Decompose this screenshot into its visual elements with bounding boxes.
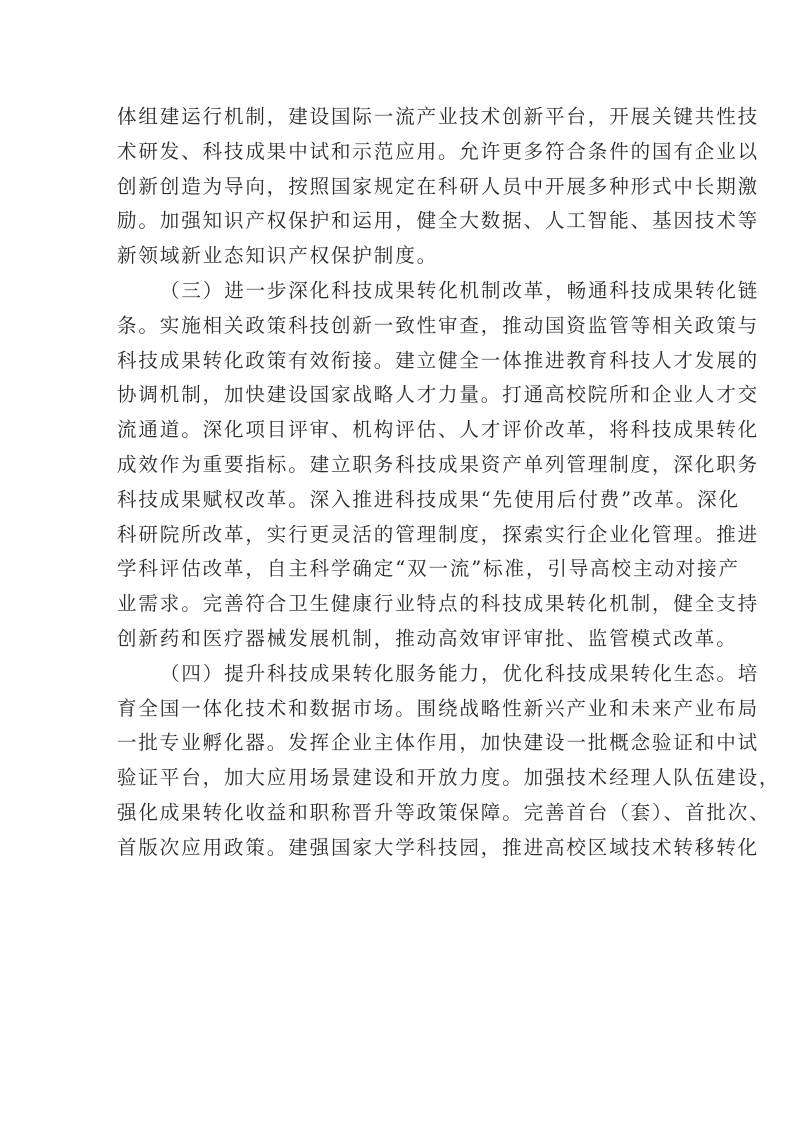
text-line: 体组建运行机制，建设国际一流产业技术创新平台，开展关键共性技 [117, 100, 677, 135]
text-line: 协调机制，加快建设国家战略人才力量。打通高校院所和企业人才交 [117, 378, 677, 413]
text-line: 术研发、科技成果中试和示范应用。允许更多符合条件的国有企业以 [117, 135, 677, 170]
text-line: 育全国一体化技术和数据市场。围绕战略性新兴产业和未来产业布局 [117, 692, 677, 727]
text-line: 创新创造为导向，按照国家规定在科研人员中开展多种形式中长期激 [117, 170, 677, 205]
text-line: 新领域新业态知识产权保护制度。 [117, 239, 677, 274]
text-line: 科研院所改革，实行更灵活的管理制度，探索实行企业化管理。推进 [117, 518, 677, 553]
paragraph-continued: 体组建运行机制，建设国际一流产业技术创新平台，开展关键共性技 术研发、科技成果中… [117, 100, 677, 274]
text-line: 科技成果转化政策有效衔接。建立健全一体推进教育科技人才发展的 [117, 344, 677, 379]
text-line: 首版次应用政策。建强国家大学科技园，推进高校区域技术转移转化 [117, 831, 677, 866]
text-line: 学科评估改革，自主科学确定“双一流”标准，引导高校主动对接产 [117, 552, 677, 587]
text-line: 流通道。深化项目评审、机构评估、人才评价改革，将科技成果转化 [117, 413, 677, 448]
paragraph-section-3: （三）进一步深化科技成果转化机制改革，畅通科技成果转化链 条。实施相关政策科技创… [117, 274, 677, 657]
text-line: 强化成果转化收益和职称晋升等政策保障。完善首台（套）、首批次、 [117, 796, 677, 831]
text-line: 成效作为重要指标。建立职务科技成果资产单列管理制度，深化职务 [117, 448, 677, 483]
text-line: 一批专业孵化器。发挥企业主体作用，加快建设一批概念验证和中试 [117, 726, 677, 761]
section-heading-line: （三）进一步深化科技成果转化机制改革，畅通科技成果转化链 [117, 274, 677, 309]
text-line: 业需求。完善符合卫生健康行业特点的科技成果转化机制，健全支持 [117, 587, 677, 622]
text-line: 验证平台，加大应用场景建设和开放力度。加强技术经理人队伍建设， [117, 761, 677, 796]
text-line: 条。实施相关政策科技创新一致性审查，推动国资监管等相关政策与 [117, 309, 677, 344]
section-heading-line: （四）提升科技成果转化服务能力，优化科技成果转化生态。培 [117, 657, 677, 692]
paragraph-section-4: （四）提升科技成果转化服务能力，优化科技成果转化生态。培 育全国一体化技术和数据… [117, 657, 677, 866]
document-page: 体组建运行机制，建设国际一流产业技术创新平台，开展关键共性技 术研发、科技成果中… [0, 0, 793, 1122]
body-text: 体组建运行机制，建设国际一流产业技术创新平台，开展关键共性技 术研发、科技成果中… [117, 100, 677, 866]
text-line: 创新药和医疗器械发展机制，推动高效审评审批、监管模式改革。 [117, 622, 677, 657]
text-line: 励。加强知识产权保护和运用，健全大数据、人工智能、基因技术等 [117, 204, 677, 239]
text-line: 科技成果赋权改革。深入推进科技成果“先使用后付费”改革。深化 [117, 483, 677, 518]
